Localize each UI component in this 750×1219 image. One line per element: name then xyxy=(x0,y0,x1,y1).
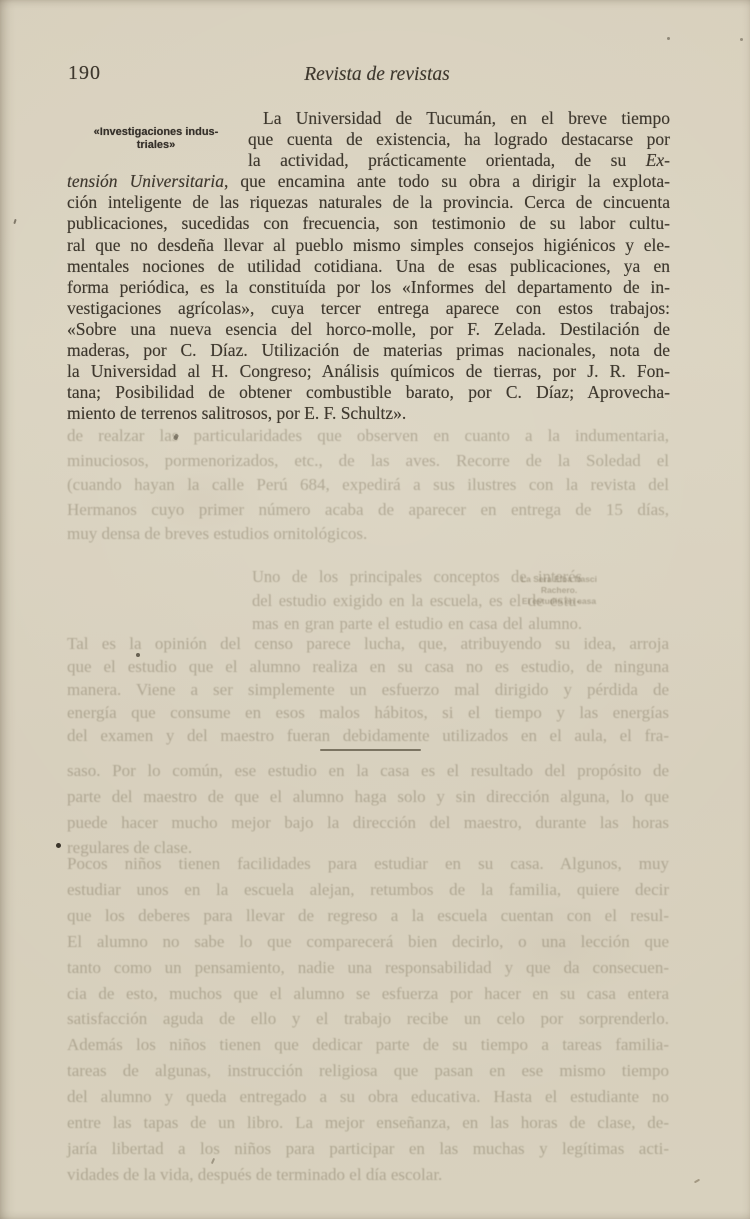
text-line: tana; Posibilidad de obtener combustible… xyxy=(67,382,670,403)
text-segment: la actividad, prácticamente orientada, d… xyxy=(248,150,626,170)
bleedthrough-line: Además los niños tienen que dedicar part… xyxy=(67,1032,669,1058)
article-text: La Universidad de Tucumán, en el breve t… xyxy=(67,108,670,424)
text-line: maderas, por C. Díaz. Utilización de mat… xyxy=(67,340,670,361)
bleedthrough-line: minuciosos, pormenorizados, etc., de las… xyxy=(67,449,669,474)
bleedthrough-line: del examen y del maestro fueran debidame… xyxy=(67,724,669,747)
bleedthrough-line: tareas de algunas, instrucción religiosa… xyxy=(67,1058,669,1084)
bleedthrough-line: manera. Viene a ser simplemente un esfue… xyxy=(67,678,669,701)
bleedthrough-block: de realzar las particularidades que obse… xyxy=(67,424,669,547)
bleedthrough-line: que los deberes para llevar de regreso a… xyxy=(67,903,669,929)
running-title: Revista de revistas xyxy=(77,64,677,86)
bleedthrough-line: de realzar las particularidades que obse… xyxy=(67,424,669,449)
bleedthrough-line: tanto como un pensamiento, nadie una res… xyxy=(67,955,669,981)
bleedthrough-line: jaría libertad a los niños para particip… xyxy=(67,1136,669,1162)
bleedthrough-block: Tal es la opinión del censo parece lucha… xyxy=(67,632,669,747)
bleedthrough-block: saso. Por lo común, ese estudio en la ca… xyxy=(67,758,669,861)
bleedthrough-line: (cuando hayan la calle Perú 684, expedir… xyxy=(67,473,669,498)
text-line: ción inteligente de las riquezas natural… xyxy=(67,192,670,213)
bleedthrough-line: Tal es la opinión del censo parece lucha… xyxy=(67,632,669,655)
text-line: La Universidad de Tucumán, en el breve t… xyxy=(263,108,670,129)
bleedthrough-line: puede hacer mucho mejor bajo la direcció… xyxy=(67,810,669,836)
bleedthrough-line: parte del maestro de que el alumno haga … xyxy=(67,784,669,810)
text-line: ral que no desdeña llevar al pueblo mism… xyxy=(67,235,670,256)
ink-speck xyxy=(56,843,61,848)
ink-speck xyxy=(13,219,16,224)
text-line: «Sobre una nueva esencia del horco-molle… xyxy=(67,319,670,340)
text-line: que cuenta de existencia, ha logrado des… xyxy=(248,129,670,150)
paper-speck xyxy=(694,1179,700,1184)
bleedthrough-line: saso. Por lo común, ese estudio en la ca… xyxy=(67,758,669,784)
section-divider-rule xyxy=(320,749,421,751)
bleedthrough-line: vidades de la vida, después de terminado… xyxy=(67,1162,669,1188)
scanned-book-page: 190 Revista de revistas «Investigaciones… xyxy=(0,0,750,1219)
text-line: forma periódica, es la constituída por l… xyxy=(67,277,670,298)
bleedthrough-line: estudiar unos en la escuela alejan, retu… xyxy=(67,877,669,903)
bleedthrough-margin-note: La Sera Elba NasciRachero.El estudio en … xyxy=(503,574,615,607)
bleedthrough-block: Pocos niños tienen facilidades para estu… xyxy=(67,851,669,1188)
text-line: vestigaciones agrícolas», cuya tercer en… xyxy=(67,298,670,319)
bleedthrough-line: Hermanos cuyo primer número acaba de apa… xyxy=(67,498,669,523)
bleedthrough-line: satisfacción aguda de ello y el trabajo … xyxy=(67,1006,669,1032)
bleedthrough-line: El alumno no sabe lo que comparecerá bie… xyxy=(67,929,669,955)
bleedthrough-line: entre las tapas de un libro. La mejor en… xyxy=(67,1110,669,1136)
text-line: mentales nociones de utilidad cotidiana.… xyxy=(67,256,670,277)
bleedthrough-line: cia de esto, muchos que el alumno se esf… xyxy=(67,981,669,1007)
paper-speck xyxy=(667,37,670,40)
text-line: la Universidad al H. Congreso; Análisis … xyxy=(67,361,670,382)
paper-speck xyxy=(740,38,743,41)
bleedthrough-line: La Sera Elba Nasci xyxy=(503,574,615,585)
ink-speck xyxy=(136,653,140,657)
bleedthrough-line: energía que consume en esos malos hábito… xyxy=(67,701,669,724)
text-segment: , que encamina ante todo su obra a dirig… xyxy=(224,171,670,191)
bleedthrough-line: Pocos niños tienen facilidades para estu… xyxy=(67,851,669,877)
text-line: tensión Universitaria, que encamina ante… xyxy=(67,171,670,192)
bleedthrough-line: Rachero. xyxy=(503,585,615,596)
text-line: publicaciones, sucedidas con frecuencia,… xyxy=(67,213,670,234)
bleedthrough-line: que el estudio que el alumno realiza en … xyxy=(67,655,669,678)
text-line: miento de terrenos salitrosos, por E. F.… xyxy=(67,403,670,424)
bleedthrough-line: El estudio en casa xyxy=(503,596,615,607)
text-line: la actividad, prácticamente orientada, d… xyxy=(248,150,670,171)
bleedthrough-line: del alumno y queda entregado a su obra e… xyxy=(67,1084,669,1110)
italic-segment: Ex- xyxy=(646,150,670,170)
italic-segment: tensión Universitaria xyxy=(67,171,224,191)
bleedthrough-line: muy densa de breves estudios ornitológic… xyxy=(67,522,669,547)
